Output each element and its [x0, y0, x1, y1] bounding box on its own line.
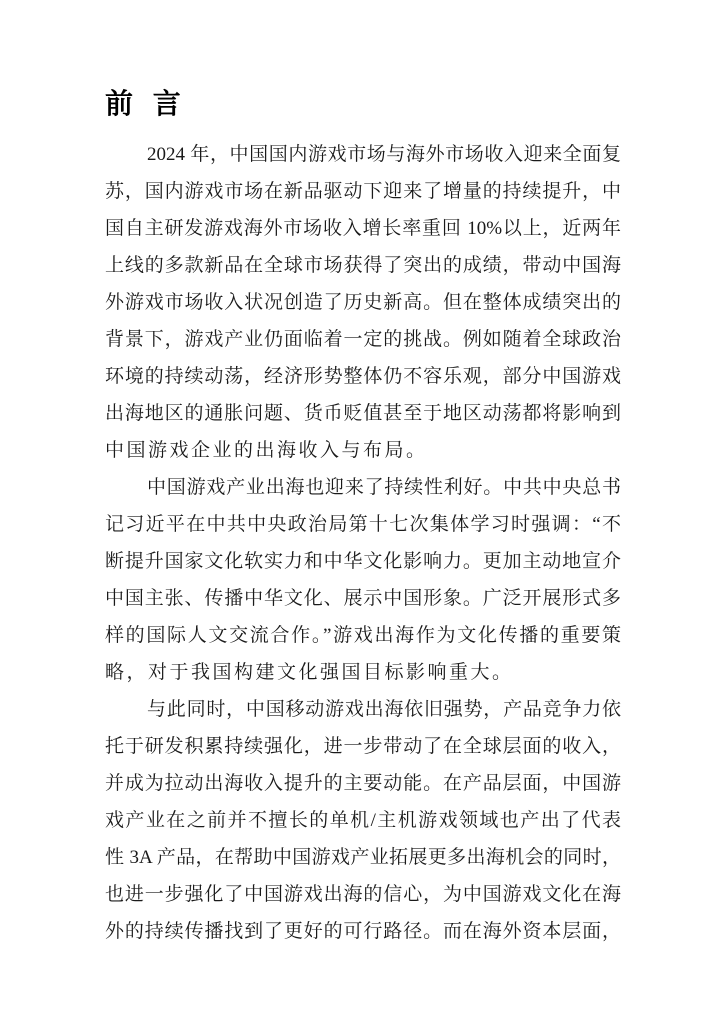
- text-line: 断提升国家文化软实力和中华文化影响力。更加主动地宣介: [105, 543, 621, 580]
- text-line: 上线的多款新品在全球市场获得了突出的成绩，带动中国海: [105, 247, 621, 284]
- text-line: 2024 年，中国国内游戏市场与海外市场收入迎来全面复: [105, 136, 621, 173]
- paragraph-2: 中国游戏产业出海也迎来了持续性利好。中共中央总书 记习近平在中共中央政治局第十七…: [105, 469, 621, 691]
- text-line: 外的持续传播找到了更好的可行路径。而在海外资本层面，: [105, 913, 621, 950]
- text-line: 环境的持续动荡，经济形势整体仍不容乐观，部分中国游戏: [105, 358, 621, 395]
- text-line: 中国游戏企业的出海收入与布局。: [105, 432, 621, 469]
- text-line: 背景下，游戏产业仍面临着一定的挑战。例如随着全球政治: [105, 321, 621, 358]
- preface-title: 前 言: [105, 88, 621, 120]
- text-line: 样的国际人文交流合作。”游戏出海作为文化传播的重要策: [105, 617, 621, 654]
- text-line: 也进一步强化了中国游戏出海的信心，为中国游戏文化在海: [105, 876, 621, 913]
- paragraph-3: 与此同时，中国移动游戏出海依旧强势，产品竞争力依 托于研发积累持续强化，进一步带…: [105, 691, 621, 950]
- preface-content: 前 言 2024 年，中国国内游戏市场与海外市场收入迎来全面复 苏，国内游戏市场…: [105, 88, 621, 950]
- text-line: 国自主研发游戏海外市场收入增长率重回 10%以上，近两年: [105, 210, 621, 247]
- text-line: 苏，国内游戏市场在新品驱动下迎来了增量的持续提升，中: [105, 173, 621, 210]
- text-line: 中国主张、传播中华文化、展示中国形象。广泛开展形式多: [105, 580, 621, 617]
- document-page: 前 言 2024 年，中国国内游戏市场与海外市场收入迎来全面复 苏，国内游戏市场…: [0, 0, 724, 1024]
- text-line: 出海地区的通胀问题、货币贬值甚至于地区动荡都将影响到: [105, 395, 621, 432]
- text-line: 与此同时，中国移动游戏出海依旧强势，产品竞争力依: [105, 691, 621, 728]
- text-line: 记习近平在中共中央政治局第十七次集体学习时强调：“不: [105, 506, 621, 543]
- text-line: 外游戏市场收入状况创造了历史新高。但在整体成绩突出的: [105, 284, 621, 321]
- text-line: 略，对于我国构建文化强国目标影响重大。: [105, 654, 621, 691]
- text-line: 并成为拉动出海收入提升的主要动能。在产品层面，中国游: [105, 765, 621, 802]
- text-line: 托于研发积累持续强化，进一步带动了在全球层面的收入，: [105, 728, 621, 765]
- paragraph-1: 2024 年，中国国内游戏市场与海外市场收入迎来全面复 苏，国内游戏市场在新品驱…: [105, 136, 621, 469]
- text-line: 性 3A 产品，在帮助中国游戏产业拓展更多出海机会的同时，: [105, 839, 621, 876]
- text-line: 中国游戏产业出海也迎来了持续性利好。中共中央总书: [105, 469, 621, 506]
- text-line: 戏产业在之前并不擅长的单机/主机游戏领域也产出了代表: [105, 802, 621, 839]
